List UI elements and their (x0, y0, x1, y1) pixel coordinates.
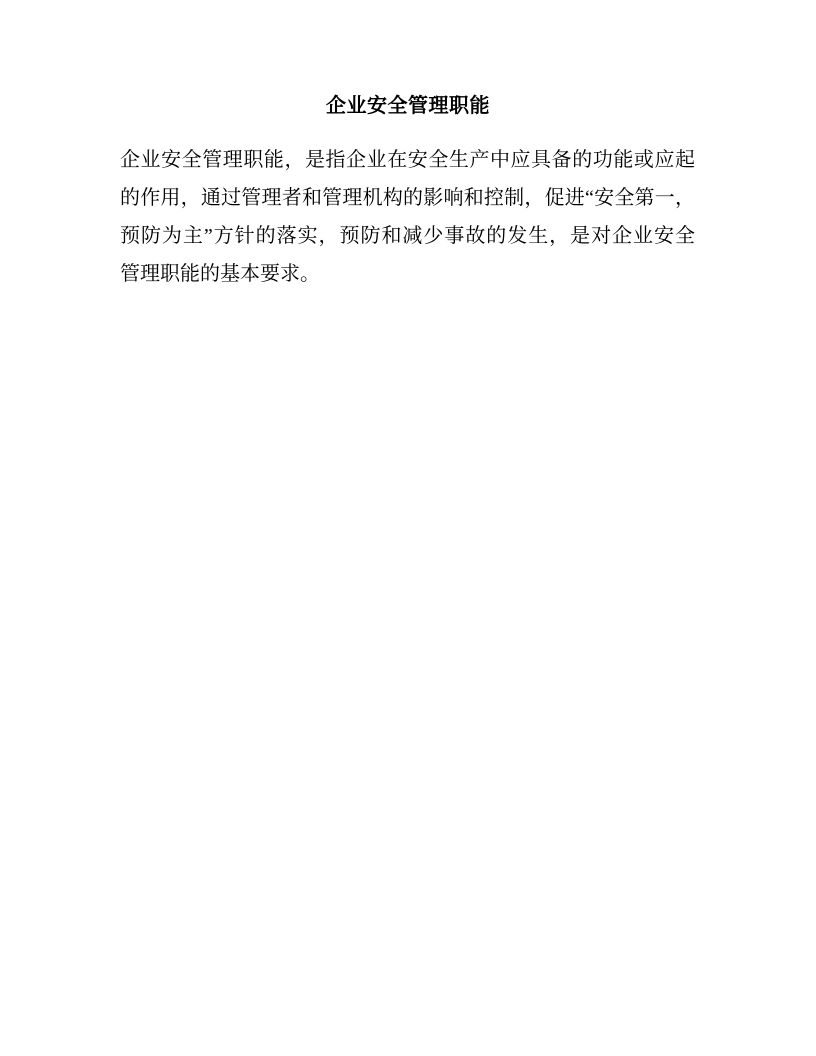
paragraph: 企业安全管理职能，是指企业在安全生产中应具备的功能或应起 的作用，通过管理者和管… (120, 141, 695, 293)
paragraph-line: 管理职能的基本要求。 (120, 255, 695, 293)
document-page: 企业安全管理职能 企业安全管理职能，是指企业在安全生产中应具备的功能或应起 的作… (0, 0, 816, 1056)
document-title: 企业安全管理职能 (120, 93, 696, 119)
paragraph-line: 企业安全管理职能，是指企业在安全生产中应具备的功能或应起 (120, 141, 695, 179)
paragraph-line: 的作用，通过管理者和管理机构的影响和控制，促进“安全第一， (120, 179, 695, 217)
paragraph-line: 预防为主”方针的落实，预防和减少事故的发生，是对企业安全 (120, 217, 695, 255)
